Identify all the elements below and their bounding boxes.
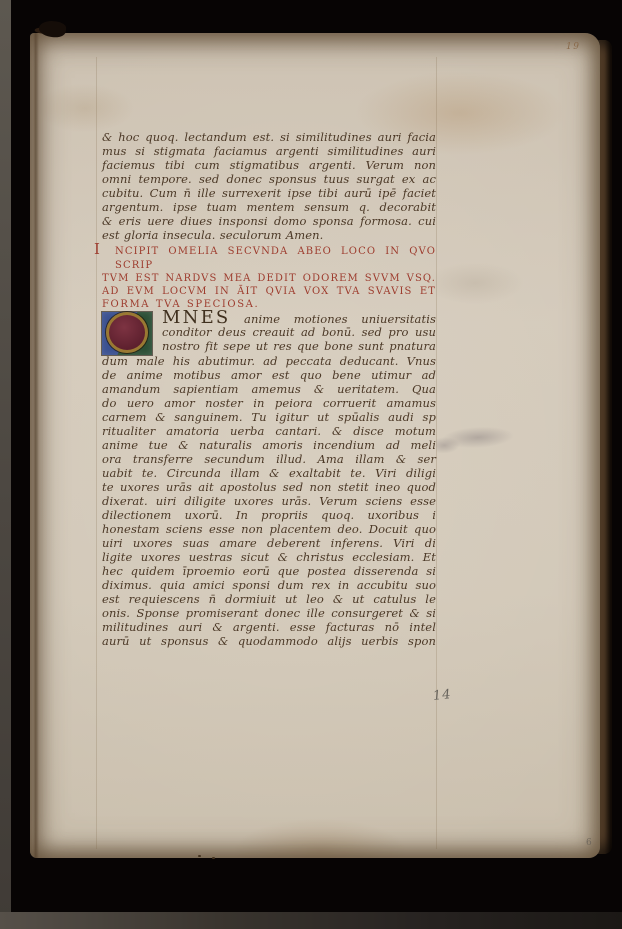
text-line: ora transferre secundum illud. Ama illam… [102,452,436,466]
text-line: de anime motibus amor est quo bene utimu… [102,368,436,382]
photo-stage: 19 & hoc quoq. lectandum est. si similit… [0,0,622,929]
edge-mark: 6 [586,838,592,848]
opening-paragraph-lines: & hoc quoq. lectandum est. si similitudi… [102,130,436,242]
text-line: dum male his abutimur. ad peccata deduca… [102,354,436,368]
text-line: mus si stigmata faciamus argenti similit… [102,144,436,158]
text-line: hec quidem īproemio eorū que postea diss… [102,564,436,578]
gutter-crease [33,33,39,858]
text-column: & hoc quoq. lectandum est. si similitudi… [102,130,436,649]
text-line: ritualiter amatoria uerba cantari. & dis… [102,424,436,438]
text-line: diximus. quia amici sponsi dum rex in ac… [102,578,436,592]
ruling-line-left [96,57,97,849]
text-line: te uxores urās ait apostolus sed non ste… [102,480,436,494]
text-line: argentum. ipse tuam mentem sensum q. dec… [102,200,436,214]
initial-o-ring [106,312,148,353]
homily-indent-lines: conditor deus creauit ad bonū. sed pro u… [102,325,436,353]
text-line: & hoc quoq. lectandum est. si similitudi… [102,130,436,144]
text-line: est requiescens n̄ dormiuit ut leo & ut … [102,592,436,606]
rubric-lines: NCIPIT OMELIA SECVNDA ABEO LOCO IN QVO S… [102,245,436,311]
rubric-line: AD EVM LOCVM IN ĀIT QVIA VOX TVA SVAVIS … [102,285,436,298]
text-line: omni tempore. sed donec sponsus tuus sur… [102,172,436,186]
text-line: dilectionem uxorū. In propriis quoq. uxo… [102,508,436,522]
text-line: est gloria insecula. seculorum Amen. [102,228,436,242]
rubric-line: FORMA TVA SPECIOSA. [102,298,436,311]
text-line: & eris uere diues insponsi domo sponsa f… [102,214,436,228]
opening-paragraph: & hoc quoq. lectandum est. si similitudi… [102,130,436,242]
text-line: conditor deus creauit ad bonū. sed pro u… [102,325,436,339]
text-line: honestam sciens esse non placentem deo. … [102,522,436,536]
first-line-rest: anime motiones uniuersitatis [230,312,436,326]
text-line: uabit te. Circunda illam & exaltabit te.… [102,466,436,480]
folio-number: 19 [566,42,580,52]
pencil-foliation: 14 [432,687,452,704]
text-line: anime tue & naturalis amoris incendium a… [102,438,436,452]
text-line: ligite uxores uestras sicut & christus e… [102,550,436,564]
scan-edge-left [0,0,11,929]
manuscript-page: 19 & hoc quoq. lectandum est. si similit… [30,33,600,858]
homily-paragraph: MNES anime motiones uniuersitatis condit… [102,311,436,648]
text-line: do uero amor noster in peiora corruerit … [102,396,436,410]
illuminated-initial-o [102,312,152,355]
text-line: cubitu. Cum n̄ ille surrexerit ipse tibi… [102,186,436,200]
rubric-incipit: I NCIPIT OMELIA SECVNDA ABEO LOCO IN QVO… [102,245,436,311]
text-line: uiri uxores suas amare deberent inferens… [102,536,436,550]
text-line: onis. Sponse promiserant donec ille cons… [102,606,436,620]
rubric-line: NCIPIT OMELIA SECVNDA ABEO LOCO IN QVO S… [102,245,436,271]
scan-edge-bottom [0,912,622,929]
pencil-smudge [435,420,536,453]
text-line: dixerat. uiri diligite uxores urās. Veru… [102,494,436,508]
text-line: amandum sapientiam amemus & ueritatem. Q… [102,382,436,396]
ink-speck [198,855,201,857]
text-line: MNES anime motiones uniuersitatis [102,311,436,325]
rubric-initial-i: I [94,243,101,256]
text-line: faciemus tibi cum stigmatibus argenti. V… [102,158,436,172]
text-line: militudines auri & argenti. esse factura… [102,620,436,634]
homily-lines: dum male his abutimur. ad peccata deduca… [102,354,436,649]
text-line: carnem & sanguinem. Tu igitur ut spūalis… [102,410,436,424]
ink-speck [212,857,215,859]
rubric-line: TVM EST NARDVS MEA DEDIT ODOREM SVVM VSQ… [102,272,436,285]
ink-blob [38,19,67,39]
text-line: aurū ut sponsus & quodammodo alijs uerbi… [102,634,436,648]
text-line: nostro fit sepe ut res que bone sunt pna… [102,339,436,353]
